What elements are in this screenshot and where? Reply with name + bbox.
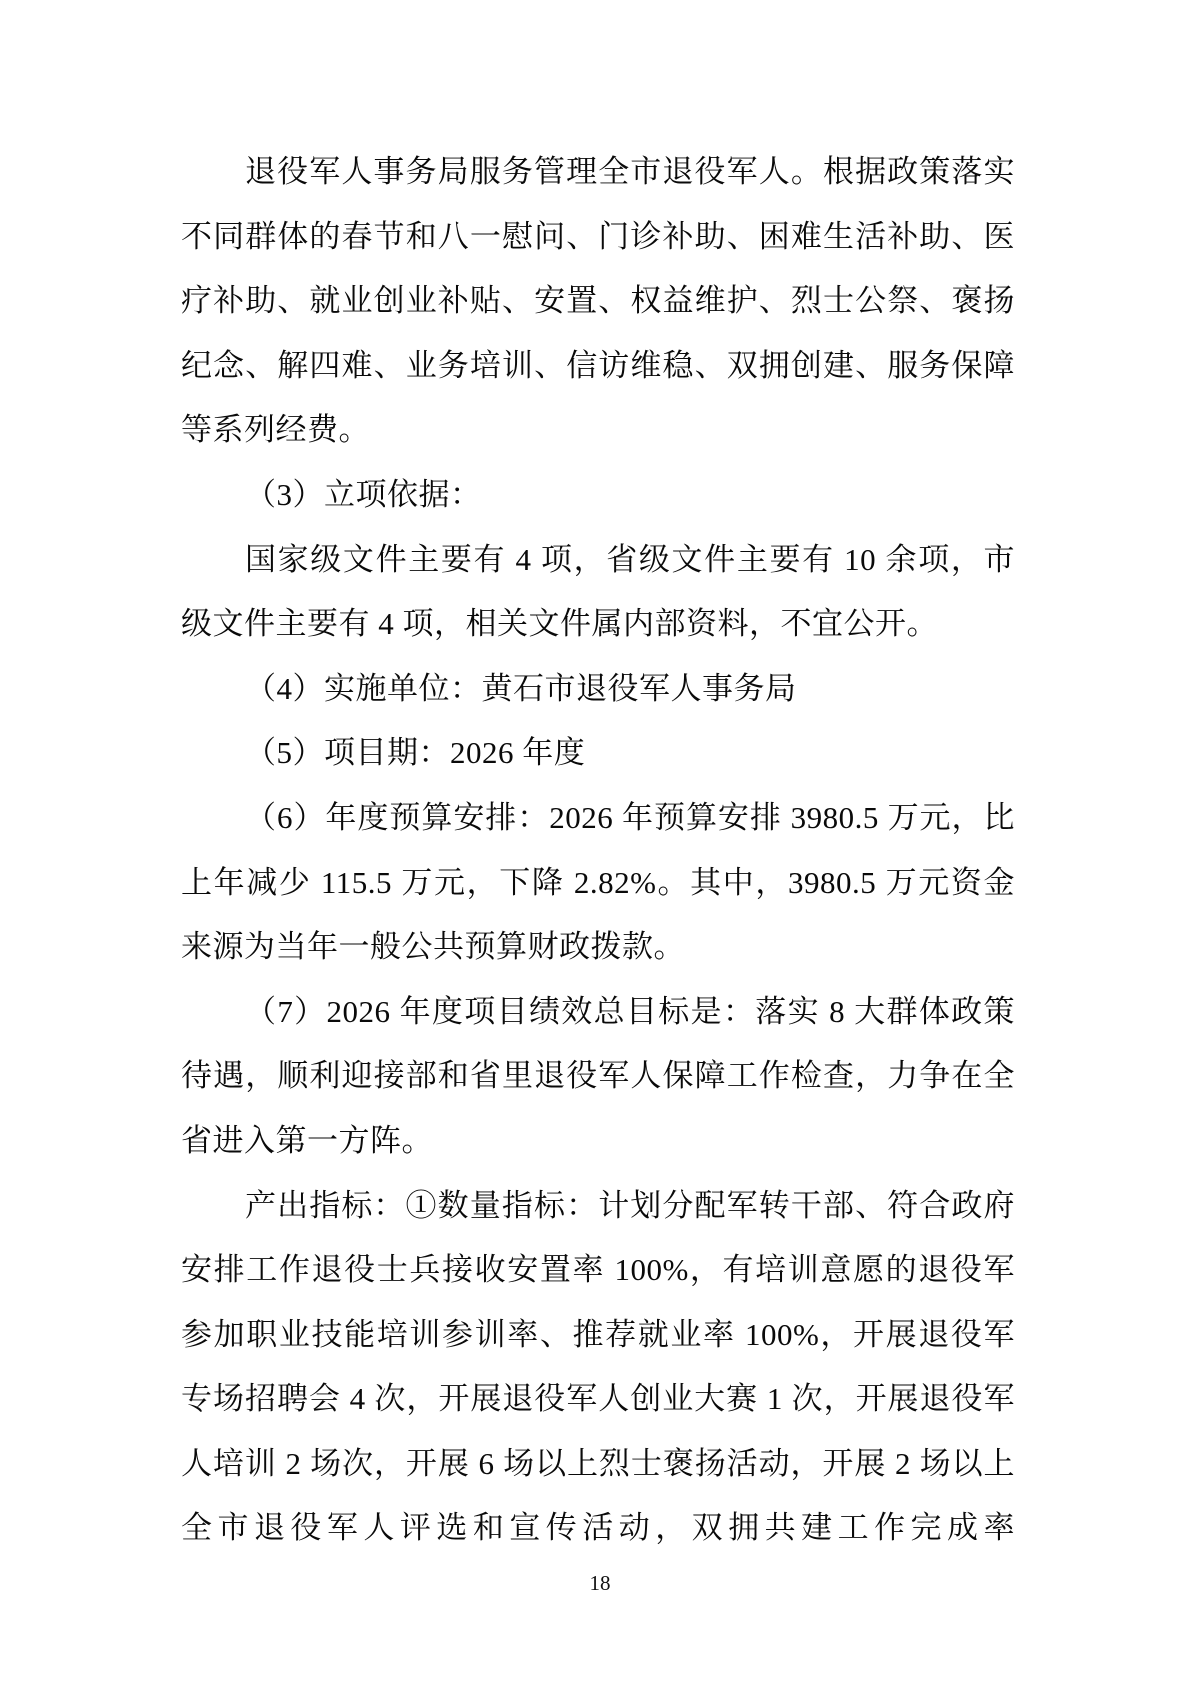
text-line: （7）2026 年度项目绩效总目标是：落实 8 大群体政策	[181, 980, 1015, 1045]
document-body: 退役军人事务局服务管理全市退役军人。根据政策落实不同群体的春节和八一慰问、门诊补…	[181, 140, 1015, 1561]
text-line: 人培训 2 场次，开展 6 场以上烈士褒扬活动，开展 2 场以上	[181, 1432, 1015, 1497]
text-line: （3）立项依据：	[181, 463, 1015, 528]
text-line: 上年减少 115.5 万元，下降 2.82%。其中，3980.5 万元资金	[181, 851, 1015, 916]
text-line: 国家级文件主要有 4 项，省级文件主要有 10 余项，市	[181, 528, 1015, 593]
text-line: 退役军人事务局服务管理全市退役军人。根据政策落实	[181, 140, 1015, 205]
text-line: 来源为当年一般公共预算财政拨款。	[181, 915, 1015, 980]
text-line: 产出指标：①数量指标：计划分配军转干部、符合政府	[181, 1174, 1015, 1239]
text-line: 疗补助、就业创业补贴、安置、权益维护、烈士公祭、褒扬	[181, 269, 1015, 334]
document-page: 退役军人事务局服务管理全市退役军人。根据政策落实不同群体的春节和八一慰问、门诊补…	[0, 0, 1200, 1697]
text-line: 全市退役军人评选和宣传活动，双拥共建工作完成率 100%，	[181, 1496, 1015, 1561]
text-line: （6）年度预算安排：2026 年预算安排 3980.5 万元，比	[181, 786, 1015, 851]
text-line: 不同群体的春节和八一慰问、门诊补助、困难生活补助、医	[181, 205, 1015, 270]
text-line: 安排工作退役士兵接收安置率 100%，有培训意愿的退役军人	[181, 1238, 1015, 1303]
text-line: 级文件主要有 4 项，相关文件属内部资料，不宜公开。	[181, 592, 1015, 657]
text-line: （5）项目期：2026 年度	[181, 721, 1015, 786]
text-line: 参加职业技能培训参训率、推荐就业率 100%，开展退役军人	[181, 1303, 1015, 1368]
text-line: 省进入第一方阵。	[181, 1109, 1015, 1174]
text-line: 专场招聘会 4 次，开展退役军人创业大赛 1 次，开展退役军	[181, 1367, 1015, 1432]
text-line: 等系列经费。	[181, 398, 1015, 463]
text-line: 待遇，顺利迎接部和省里退役军人保障工作检查，力争在全	[181, 1044, 1015, 1109]
text-line: 纪念、解四难、业务培训、信访维稳、双拥创建、服务保障	[181, 334, 1015, 399]
text-line: （4）实施单位：黄石市退役军人事务局	[181, 657, 1015, 722]
page-number: 18	[0, 1568, 1200, 1598]
